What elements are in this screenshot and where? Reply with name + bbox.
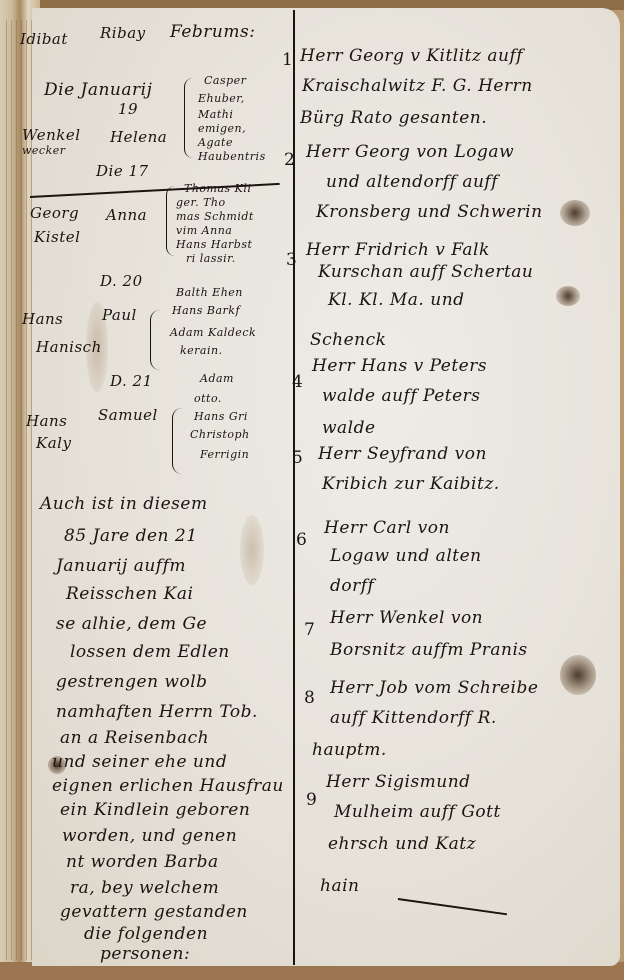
entry-date: D. 21 [110, 372, 153, 390]
paragraph-line: 85 Jare den 21 [64, 526, 198, 546]
brace [166, 186, 175, 256]
list-number: 6 [296, 530, 307, 550]
ink-stain [560, 200, 590, 226]
parent-name: Kaly [36, 434, 71, 452]
child-name: Hans [26, 412, 67, 430]
list-number: 7 [304, 620, 315, 640]
parent-name: Kistel [34, 228, 80, 246]
godparent: Thomas Kli [184, 182, 251, 195]
godparent: kerain. [180, 344, 223, 357]
list-line: Herr Georg von Logaw [306, 142, 514, 162]
entry-day: 19 [118, 100, 138, 118]
list-line: Kribich zur Kaibitz. [322, 474, 500, 494]
list-line: Herr Job vom Schreibe [330, 678, 538, 698]
godparent: Christoph [190, 428, 250, 441]
paragraph-line: an a Reisenbach [60, 728, 209, 748]
paragraph-line: lossen dem Edlen [70, 642, 230, 662]
brace [184, 78, 193, 158]
paragraph-line: se alhie, dem Ge [56, 614, 207, 634]
godparent: vim Anna [176, 224, 232, 237]
child-name: Hans [22, 310, 63, 328]
godparent: Ehuber, [198, 92, 245, 105]
godparent: Ferrigin [200, 448, 249, 461]
ink-stain [556, 286, 580, 306]
list-line: Mulheim auff Gott [334, 802, 501, 822]
paragraph-line: personen: [100, 944, 190, 964]
heading-word: Ribay [100, 24, 146, 42]
child-name: Wenkel [22, 126, 81, 144]
child-name: Helena [110, 128, 167, 146]
entry-date: Die Januarij [44, 80, 152, 100]
paragraph-line: und seiner ehe und [52, 752, 227, 772]
list-line: Herr Hans v Peters [312, 356, 487, 376]
brace [172, 408, 183, 474]
godparent: emigen, [198, 122, 246, 135]
list-line: walde auff Peters [322, 386, 481, 406]
list-line: dorff [330, 576, 374, 596]
list-line: walde [322, 418, 376, 438]
child-name: Samuel [98, 406, 158, 424]
godparent: Adam Kaldeck [170, 326, 256, 339]
child-name: Georg [30, 204, 79, 222]
list-line: Kraischalwitz F. G. Herrn [302, 76, 533, 96]
godparent: Casper [204, 74, 246, 87]
parent-name: wecker [22, 144, 66, 157]
list-number: 1 [282, 50, 293, 70]
godparent: Hans Harbst [176, 238, 252, 251]
list-line: Logaw und alten [330, 546, 482, 566]
godparent: ger. Tho [176, 196, 226, 209]
heading-word: Idibat [20, 30, 68, 48]
paragraph-line: gevattern gestanden [60, 902, 248, 922]
list-line: Herr Carl von [324, 518, 450, 538]
godparent: Hans Barkf [172, 304, 240, 317]
paragraph-line: nt worden Barba [66, 852, 219, 872]
child-name: Paul [102, 306, 137, 324]
child-name: Anna [106, 206, 147, 224]
godparent: Agate [198, 136, 233, 149]
list-line: Kl. Kl. Ma. und [328, 290, 465, 310]
entry-date: Die 17 [96, 162, 149, 180]
godparent: Mathi [198, 108, 233, 121]
list-number: 8 [304, 688, 315, 708]
ink-stain [560, 655, 596, 695]
paragraph-line: Januarij auffm [56, 556, 186, 576]
list-line: und altendorff auff [326, 172, 498, 192]
godparent: mas Schmidt [176, 210, 254, 223]
list-line: Herr Seyfrand von [318, 444, 487, 464]
paragraph-line: worden, und genen [62, 826, 237, 846]
list-line: Kronsberg und Schwerin [316, 202, 543, 222]
list-line: Herr Fridrich v Falk [306, 240, 490, 260]
godparent: Balth Ehen [176, 286, 243, 299]
list-number: 4 [292, 372, 303, 392]
parent-name: Hanisch [36, 338, 102, 356]
paragraph-line: namhaften Herrn Tob. [56, 702, 258, 722]
godparent: Hans Gri [194, 410, 248, 423]
paragraph-line: gestrengen wolb [56, 672, 208, 692]
water-stain [240, 515, 264, 585]
brace [150, 310, 171, 370]
list-line: hain [320, 876, 359, 896]
entry-date: D. 20 [100, 272, 143, 290]
list-line: Bürg Rato gesanten. [300, 108, 487, 128]
list-number: 2 [284, 150, 295, 170]
paragraph-line: die folgenden [84, 924, 208, 944]
list-line: Schenck [310, 330, 386, 350]
list-line: Kurschan auff Schertau [318, 262, 533, 282]
paragraph-line: ra, bey welchem [70, 878, 219, 898]
heading-word: Februms: [170, 22, 255, 42]
paragraph-line: ein Kindlein geboren [60, 800, 250, 820]
list-line: Borsnitz auffm Pranis [330, 640, 528, 660]
paragraph-line: eignen erlichen Hausfrau [52, 776, 284, 796]
list-line: ehrsch und Katz [328, 834, 476, 854]
list-number: 3 [286, 250, 297, 270]
list-line: hauptm. [312, 740, 387, 760]
godparent: Haubentris [198, 150, 266, 163]
paragraph-line: Reisschen Kai [66, 584, 193, 604]
list-number: 5 [292, 448, 303, 468]
paragraph-line: Auch ist in diesem [40, 494, 208, 514]
list-line: Herr Sigismund [326, 772, 471, 792]
list-number: 9 [306, 790, 317, 810]
godparent: ri lassir. [186, 252, 236, 265]
list-line: Herr Wenkel von [330, 608, 483, 628]
godparent: Adam [200, 372, 234, 385]
list-line: Herr Georg v Kitlitz auff [300, 46, 523, 66]
list-line: auff Kittendorff R. [330, 708, 497, 728]
godparent: otto. [194, 392, 222, 405]
